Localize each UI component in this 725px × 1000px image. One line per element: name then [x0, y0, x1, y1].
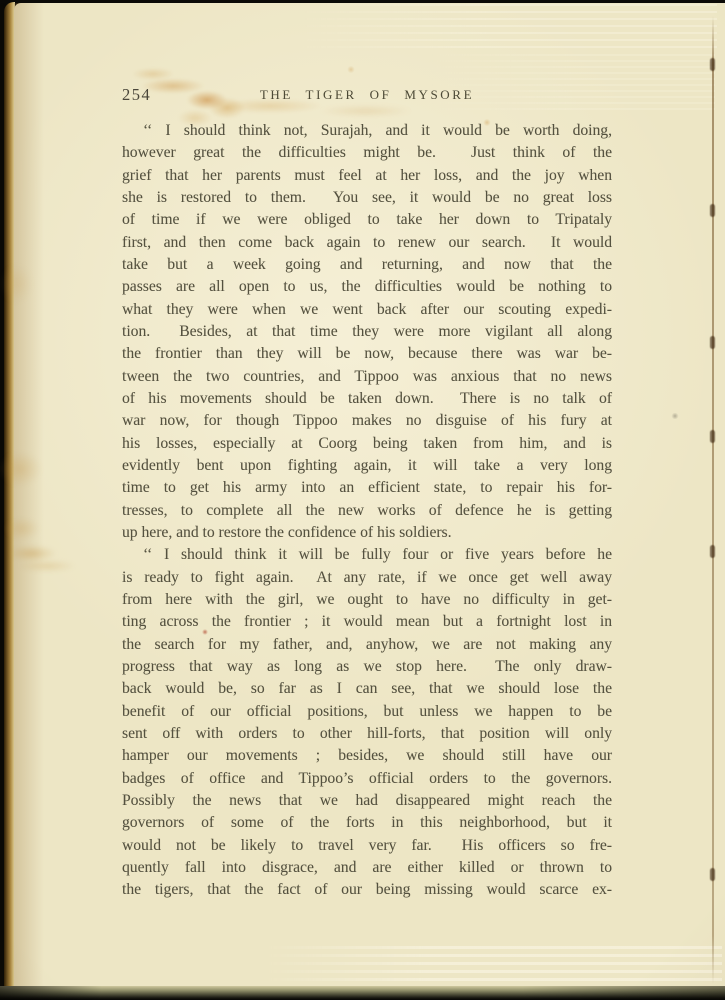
text-line: she is restored to them. You see, it wou…: [122, 187, 612, 209]
text-line: progress that way as long as we stop her…: [122, 656, 612, 678]
text-line: from here with the girl, we ought to hav…: [122, 589, 612, 611]
text-line: what they were when we went back after o…: [122, 299, 612, 321]
text-line: tresses, to complete all the new works o…: [122, 500, 612, 522]
running-header-title: THE TIGER OF MYSORE: [122, 87, 612, 103]
scan-dark-border-bottom: [0, 986, 725, 1000]
text-line: governors of some of the forts in this n…: [122, 812, 612, 834]
gutter-shadow: [14, 3, 44, 987]
page-edge-crease: [712, 16, 714, 984]
page-edge-nick: [710, 868, 715, 881]
text-line: tion. Besides, at that time they were mo…: [122, 321, 612, 343]
text-line: sent off with orders to other hill-forts…: [122, 723, 612, 745]
text-line: badges of office and Tippoo’s official o…: [122, 768, 612, 790]
text-line: Possibly the news that we had disappeare…: [122, 790, 612, 812]
text-line: is ready to fight again. At any rate, if…: [122, 567, 612, 589]
text-line: first, and then come back again to renew…: [122, 232, 612, 254]
text-line: war now, for though Tippoo makes no disg…: [122, 410, 612, 432]
text-line: tween the two countries, and Tippoo was …: [122, 366, 612, 388]
text-line: ting across the frontier ; it would mean…: [122, 611, 612, 633]
page-edge-nick: [710, 58, 715, 71]
text-line: benefit of our official positions, but u…: [122, 701, 612, 723]
text-line: take but a week going and returning, and…: [122, 254, 612, 276]
text-line: ‘‘ I should think it will be fully four …: [122, 544, 612, 566]
text-line: of his movements should be taken down. T…: [122, 388, 612, 410]
text-line: ‘‘ I should think not, Surajah, and it w…: [122, 120, 612, 142]
text-line: time to get his army into an efficient s…: [122, 477, 612, 499]
text-line: hamper our movements ; besides, we shoul…: [122, 745, 612, 767]
page-edge-nick: [710, 204, 715, 217]
page-header-row: 254 THE TIGER OF MYSORE: [122, 85, 612, 105]
text-line: grief that her parents must feel at her …: [122, 165, 612, 187]
text-line: up here, and to restore the confidence o…: [122, 522, 612, 544]
text-line: would not be likely to travel very far. …: [122, 835, 612, 857]
page-edge-nick: [710, 545, 715, 558]
body-text: ‘‘ I should think not, Surajah, and it w…: [122, 120, 612, 901]
text-line: quently fall into disgrace, and are eith…: [122, 857, 612, 879]
text-line: the tigers, that the fact of our being m…: [122, 879, 612, 901]
text-line: his losses, especially at Coorg being ta…: [122, 433, 612, 455]
text-line: passes are all open to us, the difficult…: [122, 276, 612, 298]
book-page-scan: 254 THE TIGER OF MYSORE ‘‘ I should thin…: [0, 0, 725, 1000]
text-line: of time if we were obliged to take her d…: [122, 209, 612, 231]
text-line: back would be, so far as I can see, that…: [122, 678, 612, 700]
page-edge-nick: [710, 336, 715, 349]
page-edge-nick: [710, 430, 715, 443]
text-line: the frontier than they will be now, beca…: [122, 343, 612, 365]
text-line: the search for my father, and, anyhow, w…: [122, 634, 612, 656]
text-line: however great the difficulties might be.…: [122, 142, 612, 164]
text-line: evidently bent upon fighting again, it w…: [122, 455, 612, 477]
